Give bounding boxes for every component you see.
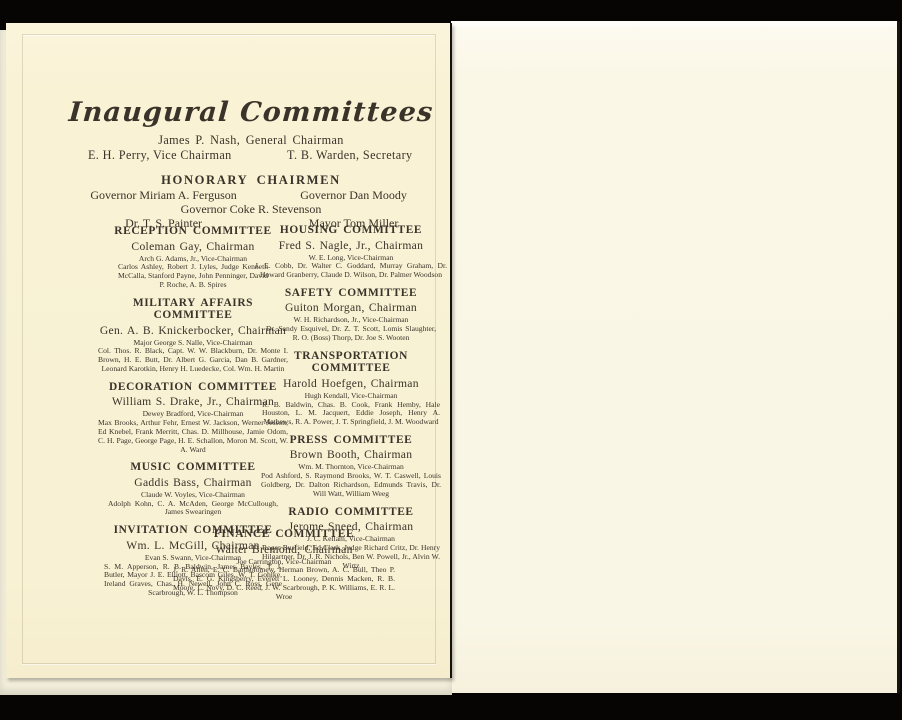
right-committee-column: HOUSING COMMITTEE Fred S. Nagle, Jr., Ch… [252,224,450,577]
committee-title: PRESS COMMITTEE [252,434,450,447]
committee-chairman: Walter Bremond, Chairman [171,543,397,556]
officers-row: E. H. Perry, Vice Chairman T. B. Warden,… [61,148,441,163]
committee-chairman: Fred S. Nagle, Jr., Chairman [252,239,450,252]
committee-title: HOUSING COMMITTEE [252,224,450,237]
committee-members: J. R. Allen, E. C. Bartholomew, Herman B… [173,566,395,601]
committee-finance: FINANCE COMMITTEE Walter Bremond, Chairm… [171,528,397,601]
committee-members: Carlos Ashley, Robert J. Lyles, Judge Ke… [118,263,268,289]
honorary-row-1: Governor Miriam A. Ferguson Governor Dan… [61,189,441,202]
right-blank-page [451,21,900,693]
honorary-moody: Governor Dan Moody [266,189,441,202]
page-header: Inaugural Committees James P. Nash, Gene… [61,97,441,230]
program-page: Inaugural Committees James P. Nash, Gene… [6,23,452,678]
committee-press: PRESS COMMITTEE Brown Booth, Chairman Wm… [252,434,450,499]
honorary-chairmen-heading: HONORARY CHAIRMEN [61,172,441,188]
committee-title: FINANCE COMMITTEE [171,528,397,541]
committee-transportation: TRANSPORTATION COMMITTEE Harold Hoefgen,… [252,350,450,427]
committee-members: Dr. Sandy Esquivel, Dr. Z. T. Scott, Lom… [266,325,436,343]
committee-title: RADIO COMMITTEE [252,506,450,519]
secretary-line: T. B. Warden, Secretary [259,148,441,163]
scanned-program-spread: Inaugural Committees James P. Nash, Gene… [0,0,902,720]
honorary-ferguson: Governor Miriam A. Ferguson [61,189,266,202]
committee-chairman: Guiton Morgan, Chairman [252,301,450,314]
committee-housing: HOUSING COMMITTEE Fred S. Nagle, Jr., Ch… [252,224,450,280]
committee-chairman: Harold Hoefgen, Chairman [252,377,450,390]
committee-chairman: Brown Booth, Chairman [252,448,450,461]
general-chairman-line: James P. Nash, General Chairman [61,133,441,148]
committee-members: R. B. Baldwin, Chas. B. Cook, Frank Hemb… [262,401,440,427]
honorary-stevenson: Governor Coke R. Stevenson [61,203,441,216]
committee-title: TRANSPORTATION COMMITTEE [252,350,450,375]
committee-members: J. E. Cobb, Dr. Walter C. Goddard, Murra… [255,262,447,280]
committee-members: Pod Ashford, S. Raymond Brooks, W. T. Ca… [261,472,441,498]
page-title: Inaugural Committees [60,97,443,133]
committee-title: SAFETY COMMITTEE [252,287,450,300]
committee-safety: SAFETY COMMITTEE Guiton Morgan, Chairman… [252,287,450,343]
vice-chairman-line: E. H. Perry, Vice Chairman [61,148,259,163]
